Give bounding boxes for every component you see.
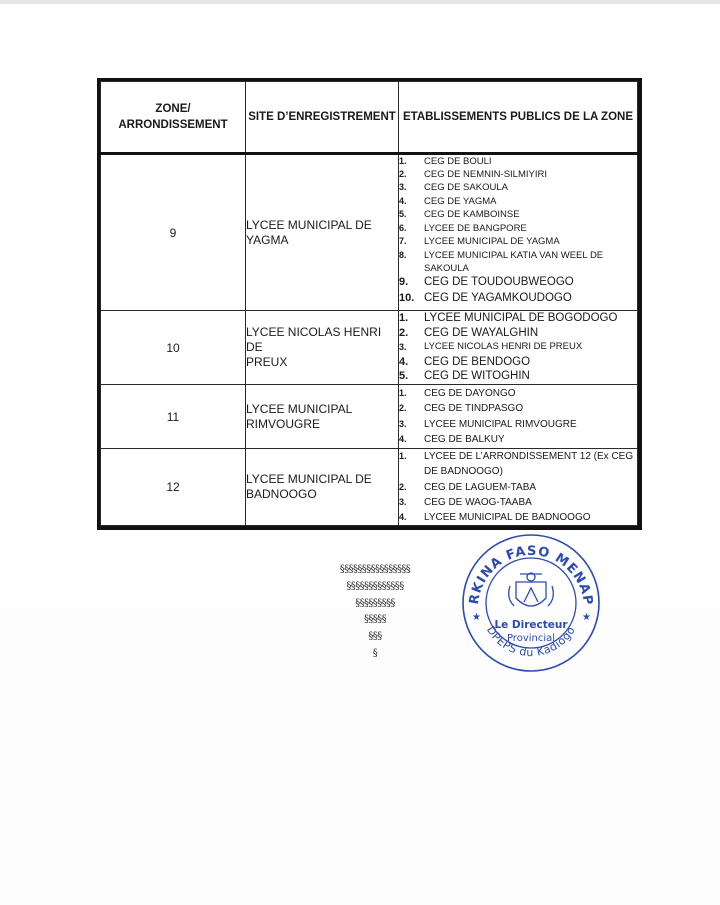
item-name: LYCEE DE L’ARRONDISSEMENT 12 (Ex CEG DE …	[424, 449, 637, 480]
item-name: CEG DE TOUDOUBWEOGO	[424, 275, 637, 291]
registration-site: LYCEE MUNICIPAL DE BADNOOGO	[246, 449, 399, 526]
registration-site: LYCEE MUNICIPAL RIMVOUGRE	[246, 385, 399, 449]
list-item: 2.CEG DE WAYALGHIN	[399, 326, 637, 341]
list-item: 4.CEG DE BALKUY	[399, 432, 637, 448]
zone-number: 11	[101, 385, 246, 449]
site-line: LYCEE MUNICIPAL DE	[246, 218, 398, 233]
item-number: 9.	[399, 275, 424, 291]
item-name: CEG DE NEMNIN-SILMIYIRI	[424, 168, 637, 181]
list-item: 1.LYCEE MUNICIPAL DE BOGODOGO	[399, 311, 637, 326]
list-item: 4.CEG DE YAGMA	[399, 195, 637, 208]
section-mark-line: §§§§§§§§§	[300, 596, 450, 613]
list-item: 6.LYCEE DE BANGPORE	[399, 222, 637, 235]
item-number: 1.	[399, 449, 424, 480]
stamp-inner-line2: Provincial	[507, 633, 555, 644]
item-number: 2.	[399, 326, 424, 341]
item-number: 1.	[399, 311, 424, 326]
item-number: 1.	[399, 155, 424, 168]
section-mark-line: §§§§§	[300, 612, 450, 629]
item-name: CEG DE YAGAMKOUDOGO	[424, 291, 637, 307]
list-item: 10.CEG DE YAGAMKOUDOGO	[399, 291, 637, 307]
item-name: LYCEE MUNICIPAL KATIA VAN WEEL DE SAKOUL…	[424, 249, 637, 276]
list-item: 3.LYCEE MUNICIPAL RIMVOUGRE	[399, 417, 637, 433]
site-line: LYCEE MUNICIPAL	[246, 402, 398, 417]
item-name: LYCEE MUNICIPAL DE BADNOOGO	[424, 510, 637, 525]
official-stamp: BURKINA FASO MENAPLN DPEPS du Kadiogo ★ …	[458, 530, 604, 676]
establishment-list-cell: 1.CEG DE DAYONGO2.CEG DE TINDPASGO3.LYCE…	[399, 385, 638, 449]
header-zone-line1: ZONE/	[101, 101, 245, 117]
list-item: 3.CEG DE SAKOULA	[399, 181, 637, 194]
stamp-outer-text: BURKINA FASO MENAPLN	[458, 530, 595, 607]
establishment-list: 1.CEG DE BOULI2.CEG DE NEMNIN-SILMIYIRI3…	[399, 155, 637, 307]
establishment-list-cell: 1.LYCEE MUNICIPAL DE BOGODOGO2.CEG DE WA…	[399, 311, 638, 385]
zones-table: ZONE/ ARRONDISSEMENT SITE D’ENREGISTREME…	[100, 81, 638, 526]
item-name: LYCEE MUNICIPAL DE BOGODOGO	[424, 311, 637, 326]
list-item: 5.CEG DE KAMBOINSE	[399, 208, 637, 221]
item-number: 4.	[399, 510, 424, 525]
list-item: 2.CEG DE TINDPASGO	[399, 401, 637, 417]
item-number: 3.	[399, 495, 424, 510]
table-row: 11 LYCEE MUNICIPAL RIMVOUGRE 1.CEG DE DA…	[101, 385, 638, 449]
item-name: CEG DE TINDPASGO	[424, 401, 637, 417]
coat-of-arms-icon	[509, 573, 554, 606]
table-row: 10 LYCEE NICOLAS HENRI DE PREUX 1.LYCEE …	[101, 311, 638, 385]
section-mark-line: §§§§§§§§§§§§§§§§	[300, 562, 450, 579]
item-number: 8.	[399, 249, 424, 276]
header-zone: ZONE/ ARRONDISSEMENT	[101, 82, 246, 154]
page-top-edge	[0, 0, 720, 4]
list-item: 1.CEG DE DAYONGO	[399, 386, 637, 402]
item-name: CEG DE LAGUEM-TABA	[424, 480, 637, 495]
establishment-list-cell: 1.CEG DE BOULI2.CEG DE NEMNIN-SILMIYIRI3…	[399, 154, 638, 311]
site-line: RIMVOUGRE	[246, 417, 398, 432]
establishment-list: 1.LYCEE DE L’ARRONDISSEMENT 12 (Ex CEG D…	[399, 449, 637, 525]
header-zone-line2: ARRONDISSEMENT	[101, 117, 245, 133]
item-name: CEG DE KAMBOINSE	[424, 208, 637, 221]
item-name: CEG DE BENDOGO	[424, 355, 637, 370]
item-number: 4.	[399, 432, 424, 448]
section-mark-line: §§§§§§§§§§§§§	[300, 579, 450, 596]
item-number: 6.	[399, 222, 424, 235]
item-name: LYCEE DE BANGPORE	[424, 222, 637, 235]
item-number: 3.	[399, 340, 424, 355]
item-number: 4.	[399, 195, 424, 208]
establishment-list-cell: 1.LYCEE DE L’ARRONDISSEMENT 12 (Ex CEG D…	[399, 449, 638, 526]
item-number: 3.	[399, 417, 424, 433]
list-item: 9.CEG DE TOUDOUBWEOGO	[399, 275, 637, 291]
list-item: 8.LYCEE MUNICIPAL KATIA VAN WEEL DE SAKO…	[399, 249, 637, 276]
list-item: 7.LYCEE MUNICIPAL DE YAGMA	[399, 235, 637, 248]
list-item: 2.CEG DE NEMNIN-SILMIYIRI	[399, 168, 637, 181]
item-name: CEG DE WAOG-TAABA	[424, 495, 637, 510]
establishment-list: 1.CEG DE DAYONGO2.CEG DE TINDPASGO3.LYCE…	[399, 386, 637, 448]
registration-site: LYCEE NICOLAS HENRI DE PREUX	[246, 311, 399, 385]
item-number: 5.	[399, 369, 424, 384]
site-line: BADNOOGO	[246, 487, 398, 502]
item-number: 10.	[399, 291, 424, 307]
item-name: CEG DE YAGMA	[424, 195, 637, 208]
stamp-graphic: BURKINA FASO MENAPLN DPEPS du Kadiogo ★ …	[458, 530, 604, 676]
header-etablissements: ETABLISSEMENTS PUBLICS DE LA ZONE	[399, 82, 638, 154]
item-number: 3.	[399, 181, 424, 194]
list-item: 5.CEG DE WITOGHIN	[399, 369, 637, 384]
list-item: 3.CEG DE WAOG-TAABA	[399, 495, 637, 510]
stamp-inner-line1: Le Directeur	[494, 619, 568, 631]
star-icon: ★	[472, 612, 481, 623]
list-item: 4.LYCEE MUNICIPAL DE BADNOOGO	[399, 510, 637, 525]
site-line: PREUX	[246, 355, 398, 370]
item-number: 2.	[399, 480, 424, 495]
item-name: LYCEE MUNICIPAL RIMVOUGRE	[424, 417, 637, 433]
header-site: SITE D’ENREGISTREMENT	[246, 82, 399, 154]
svg-text:BURKINA FASO MENAPLN: BURKINA FASO MENAPLN	[458, 530, 595, 607]
item-number: 2.	[399, 168, 424, 181]
item-name: CEG DE WITOGHIN	[424, 369, 637, 384]
zone-number: 9	[101, 154, 246, 311]
item-name: CEG DE SAKOULA	[424, 181, 637, 194]
item-name: LYCEE NICOLAS HENRI DE PREUX	[424, 340, 637, 355]
item-number: 4.	[399, 355, 424, 370]
list-item: 1.CEG DE BOULI	[399, 155, 637, 168]
registration-site: LYCEE MUNICIPAL DE YAGMA	[246, 154, 399, 311]
site-line: LYCEE NICOLAS HENRI DE	[246, 325, 398, 355]
zones-table-frame: ZONE/ ARRONDISSEMENT SITE D’ENREGISTREME…	[97, 78, 642, 530]
star-icon: ★	[582, 612, 591, 623]
item-name: CEG DE BALKUY	[424, 432, 637, 448]
section-mark-line: §	[300, 646, 450, 663]
item-name: CEG DE BOULI	[424, 155, 637, 168]
item-name: CEG DE WAYALGHIN	[424, 326, 637, 341]
zone-number: 12	[101, 449, 246, 526]
list-item: 4.CEG DE BENDOGO	[399, 355, 637, 370]
item-number: 5.	[399, 208, 424, 221]
item-number: 1.	[399, 386, 424, 402]
list-item: 2.CEG DE LAGUEM-TABA	[399, 480, 637, 495]
section-mark-ornament: §§§§§§§§§§§§§§§§ §§§§§§§§§§§§§ §§§§§§§§§…	[300, 562, 450, 663]
item-name: LYCEE MUNICIPAL DE YAGMA	[424, 235, 637, 248]
table-row: 12 LYCEE MUNICIPAL DE BADNOOGO 1.LYCEE D…	[101, 449, 638, 526]
site-line: YAGMA	[246, 233, 398, 248]
list-item: 3.LYCEE NICOLAS HENRI DE PREUX	[399, 340, 637, 355]
establishment-list: 1.LYCEE MUNICIPAL DE BOGODOGO2.CEG DE WA…	[399, 311, 637, 384]
item-number: 7.	[399, 235, 424, 248]
table-row: 9 LYCEE MUNICIPAL DE YAGMA 1.CEG DE BOUL…	[101, 154, 638, 311]
item-number: 2.	[399, 401, 424, 417]
item-name: CEG DE DAYONGO	[424, 386, 637, 402]
list-item: 1.LYCEE DE L’ARRONDISSEMENT 12 (Ex CEG D…	[399, 449, 637, 480]
zone-number: 10	[101, 311, 246, 385]
table-header-row: ZONE/ ARRONDISSEMENT SITE D’ENREGISTREME…	[101, 82, 638, 154]
section-mark-line: §§§	[300, 629, 450, 646]
site-line: LYCEE MUNICIPAL DE	[246, 472, 398, 487]
